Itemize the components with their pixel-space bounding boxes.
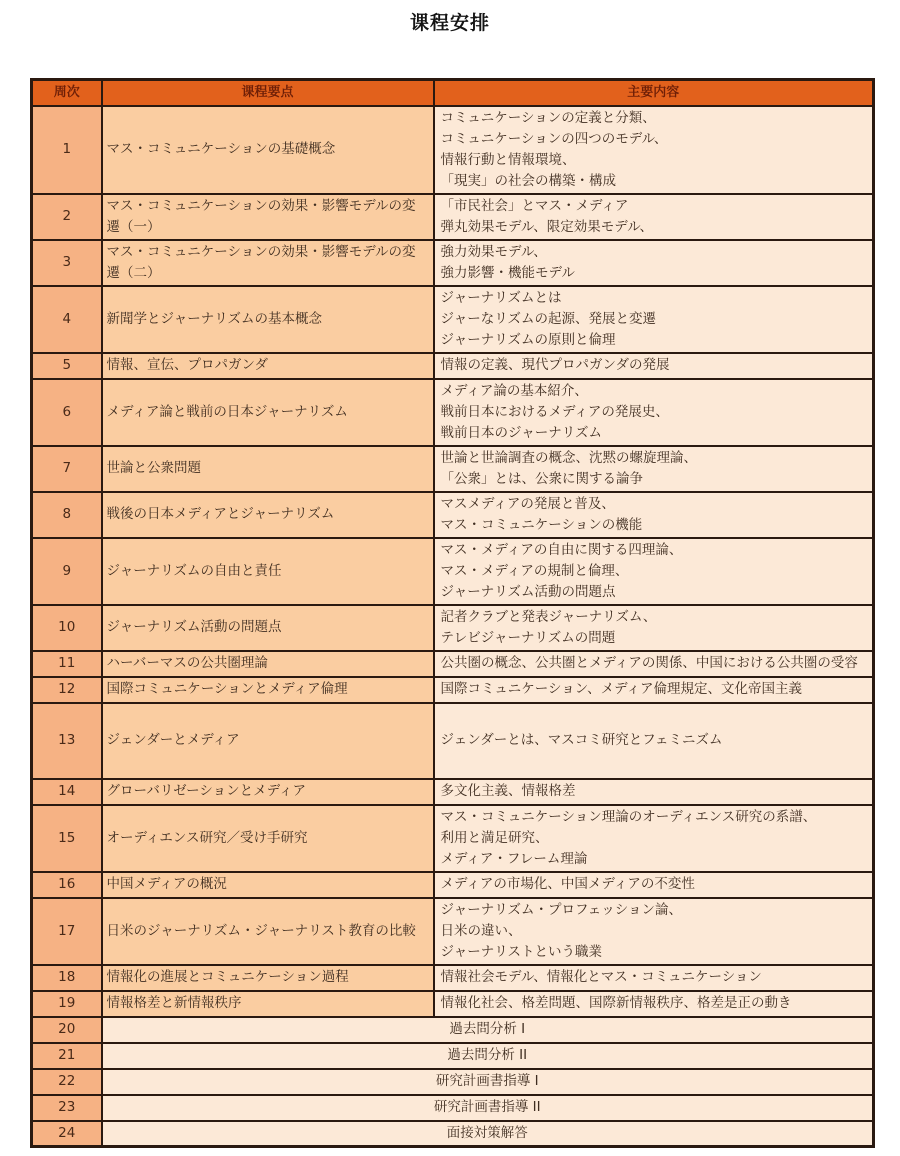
week-cell: 11 <box>32 651 102 677</box>
content-cell: 情報化社会、格差問題、国際新情報秩序、格差是正の動き <box>434 991 874 1017</box>
header-topic: 课程要点 <box>102 80 434 106</box>
table-header-row: 周次 课程要点 主要内容 <box>32 80 874 106</box>
table-row: 1マス・コミュニケーションの基礎概念コミュニケーションの定義と分類、 コミュニケ… <box>32 106 874 194</box>
merged-cell: 面接対策解答 <box>102 1121 874 1147</box>
topic-cell: 中国メディアの概況 <box>102 872 434 898</box>
week-cell: 15 <box>32 805 102 872</box>
table-row: 15オーディエンス研究／受け手研究マス・コミュニケーション理論のオーディエンス研… <box>32 805 874 872</box>
topic-cell: 戦後の日本メディアとジャーナリズム <box>102 492 434 538</box>
table-row: 21過去問分析 II <box>32 1043 874 1069</box>
week-cell: 22 <box>32 1069 102 1095</box>
topic-cell: 情報化の進展とコミュニケーション過程 <box>102 965 434 991</box>
week-cell: 6 <box>32 379 102 446</box>
content-cell: メディアの市場化、中国メディアの不変性 <box>434 872 874 898</box>
week-cell: 14 <box>32 779 102 805</box>
topic-cell: ジャーナリズムの自由と責任 <box>102 538 434 605</box>
week-cell: 2 <box>32 194 102 240</box>
topic-cell: 情報格差と新情報秩序 <box>102 991 434 1017</box>
table-row: 18情報化の進展とコミュニケーション過程情報社会モデル、情報化とマス・コミュニケ… <box>32 965 874 991</box>
week-cell: 12 <box>32 677 102 703</box>
topic-cell: マス・コミュニケーションの基礎概念 <box>102 106 434 194</box>
table-row: 2マス・コミュニケーションの効果・影響モデルの変遷（一）「市民社会」とマス・メデ… <box>32 194 874 240</box>
merged-cell: 研究計画書指導 I <box>102 1069 874 1095</box>
table-row: 6メディア論と戦前の日本ジャーナリズムメディア論の基本紹介、 戦前日本におけるメ… <box>32 379 874 446</box>
course-schedule-table: 周次 课程要点 主要内容 1マス・コミュニケーションの基礎概念コミュニケーション… <box>30 78 875 1148</box>
topic-cell: 日米のジャーナリズム・ジャーナリスト教育の比較 <box>102 898 434 965</box>
week-cell: 23 <box>32 1095 102 1121</box>
content-cell: 世論と世論調査の概念、沈黙の螺旋理論、 「公衆」とは、公衆に関する論争 <box>434 446 874 492</box>
merged-cell: 過去問分析 I <box>102 1017 874 1043</box>
content-cell: ジャーナリズム・プロフェッション論、 日米の違い、 ジャーナリストという職業 <box>434 898 874 965</box>
table-body: 1マス・コミュニケーションの基礎概念コミュニケーションの定義と分類、 コミュニケ… <box>32 106 874 1147</box>
table-row: 14グローバリゼーションとメディア多文化主義、情報格差 <box>32 779 874 805</box>
table-row: 4新聞学とジャーナリズムの基本概念ジャーナリズムとは ジャーなリズムの起源、発展… <box>32 286 874 353</box>
table-row: 24面接対策解答 <box>32 1121 874 1147</box>
week-cell: 10 <box>32 605 102 651</box>
topic-cell: ジェンダーとメディア <box>102 703 434 779</box>
week-cell: 24 <box>32 1121 102 1147</box>
table-row: 16中国メディアの概況メディアの市場化、中国メディアの不変性 <box>32 872 874 898</box>
topic-cell: オーディエンス研究／受け手研究 <box>102 805 434 872</box>
week-cell: 18 <box>32 965 102 991</box>
topic-cell: 国際コミュニケーションとメディア倫理 <box>102 677 434 703</box>
topic-cell: 新聞学とジャーナリズムの基本概念 <box>102 286 434 353</box>
content-cell: ジェンダーとは、マスコミ研究とフェミニズム <box>434 703 874 779</box>
topic-cell: グローバリゼーションとメディア <box>102 779 434 805</box>
merged-cell: 研究計画書指導 II <box>102 1095 874 1121</box>
content-cell: 情報社会モデル、情報化とマス・コミュニケーション <box>434 965 874 991</box>
page: 课程安排 周次 课程要点 主要内容 1マス・コミュニケーションの基礎概念コミュニ… <box>0 0 900 1156</box>
content-cell: マス・メディアの自由に関する四理論、 マス・メディアの規制と倫理、 ジャーナリズ… <box>434 538 874 605</box>
table-row: 12国際コミュニケーションとメディア倫理国際コミュニケーション、メディア倫理規定… <box>32 677 874 703</box>
content-cell: 公共圏の概念、公共圏とメディアの関係、中国における公共圏の受容 <box>434 651 874 677</box>
week-cell: 9 <box>32 538 102 605</box>
week-cell: 20 <box>32 1017 102 1043</box>
week-cell: 19 <box>32 991 102 1017</box>
content-cell: メディア論の基本紹介、 戦前日本におけるメディアの発展史、 戦前日本のジャーナリ… <box>434 379 874 446</box>
header-week: 周次 <box>32 80 102 106</box>
topic-cell: 情報、宣伝、プロパガンダ <box>102 353 434 379</box>
week-cell: 17 <box>32 898 102 965</box>
week-cell: 16 <box>32 872 102 898</box>
table-row: 5情報、宣伝、プロパガンダ情報の定義、現代プロパガンダの発展 <box>32 353 874 379</box>
content-cell: 記者クラブと発表ジャーナリズム、 テレビジャーナリズムの問題 <box>434 605 874 651</box>
content-cell: 多文化主義、情報格差 <box>434 779 874 805</box>
content-cell: 「市民社会」とマス・メディア 弾丸効果モデル、限定効果モデル、 <box>434 194 874 240</box>
table-row: 11ハーバーマスの公共圏理論公共圏の概念、公共圏とメディアの関係、中国における公… <box>32 651 874 677</box>
table-row: 7世論と公衆問題世論と世論調査の概念、沈黙の螺旋理論、 「公衆」とは、公衆に関す… <box>32 446 874 492</box>
table-row: 19情報格差と新情報秩序情報化社会、格差問題、国際新情報秩序、格差是正の動き <box>32 991 874 1017</box>
topic-cell: ハーバーマスの公共圏理論 <box>102 651 434 677</box>
week-cell: 7 <box>32 446 102 492</box>
content-cell: マス・コミュニケーション理論のオーディエンス研究の系譜、 利用と満足研究、 メデ… <box>434 805 874 872</box>
topic-cell: 世論と公衆問題 <box>102 446 434 492</box>
content-cell: 強力効果モデル、 強力影響・機能モデル <box>434 240 874 286</box>
week-cell: 8 <box>32 492 102 538</box>
week-cell: 5 <box>32 353 102 379</box>
week-cell: 3 <box>32 240 102 286</box>
topic-cell: マス・コミュニケーションの効果・影響モデルの変遷（二） <box>102 240 434 286</box>
table-row: 20過去問分析 I <box>32 1017 874 1043</box>
week-cell: 4 <box>32 286 102 353</box>
merged-cell: 過去問分析 II <box>102 1043 874 1069</box>
content-cell: ジャーナリズムとは ジャーなリズムの起源、発展と変遷 ジャーナリズムの原則と倫理 <box>434 286 874 353</box>
table-row: 17日米のジャーナリズム・ジャーナリスト教育の比較ジャーナリズム・プロフェッショ… <box>32 898 874 965</box>
week-cell: 21 <box>32 1043 102 1069</box>
table-row: 8戦後の日本メディアとジャーナリズムマスメディアの発展と普及、 マス・コミュニケ… <box>32 492 874 538</box>
table-row: 3マス・コミュニケーションの効果・影響モデルの変遷（二）強力効果モデル、 強力影… <box>32 240 874 286</box>
content-cell: 国際コミュニケーション、メディア倫理規定、文化帝国主義 <box>434 677 874 703</box>
table-row: 9ジャーナリズムの自由と責任マス・メディアの自由に関する四理論、 マス・メディア… <box>32 538 874 605</box>
table-row: 10ジャーナリズム活動の問題点記者クラブと発表ジャーナリズム、 テレビジャーナリ… <box>32 605 874 651</box>
table-row: 13ジェンダーとメディアジェンダーとは、マスコミ研究とフェミニズム <box>32 703 874 779</box>
week-cell: 13 <box>32 703 102 779</box>
topic-cell: マス・コミュニケーションの効果・影響モデルの変遷（一） <box>102 194 434 240</box>
page-title: 课程安排 <box>0 8 900 35</box>
header-content: 主要内容 <box>434 80 874 106</box>
topic-cell: メディア論と戦前の日本ジャーナリズム <box>102 379 434 446</box>
table-row: 22研究計画書指導 I <box>32 1069 874 1095</box>
content-cell: マスメディアの発展と普及、 マス・コミュニケーションの機能 <box>434 492 874 538</box>
week-cell: 1 <box>32 106 102 194</box>
table-row: 23研究計画書指導 II <box>32 1095 874 1121</box>
content-cell: コミュニケーションの定義と分類、 コミュニケーションの四つのモデル、 情報行動と… <box>434 106 874 194</box>
topic-cell: ジャーナリズム活動の問題点 <box>102 605 434 651</box>
content-cell: 情報の定義、現代プロパガンダの発展 <box>434 353 874 379</box>
